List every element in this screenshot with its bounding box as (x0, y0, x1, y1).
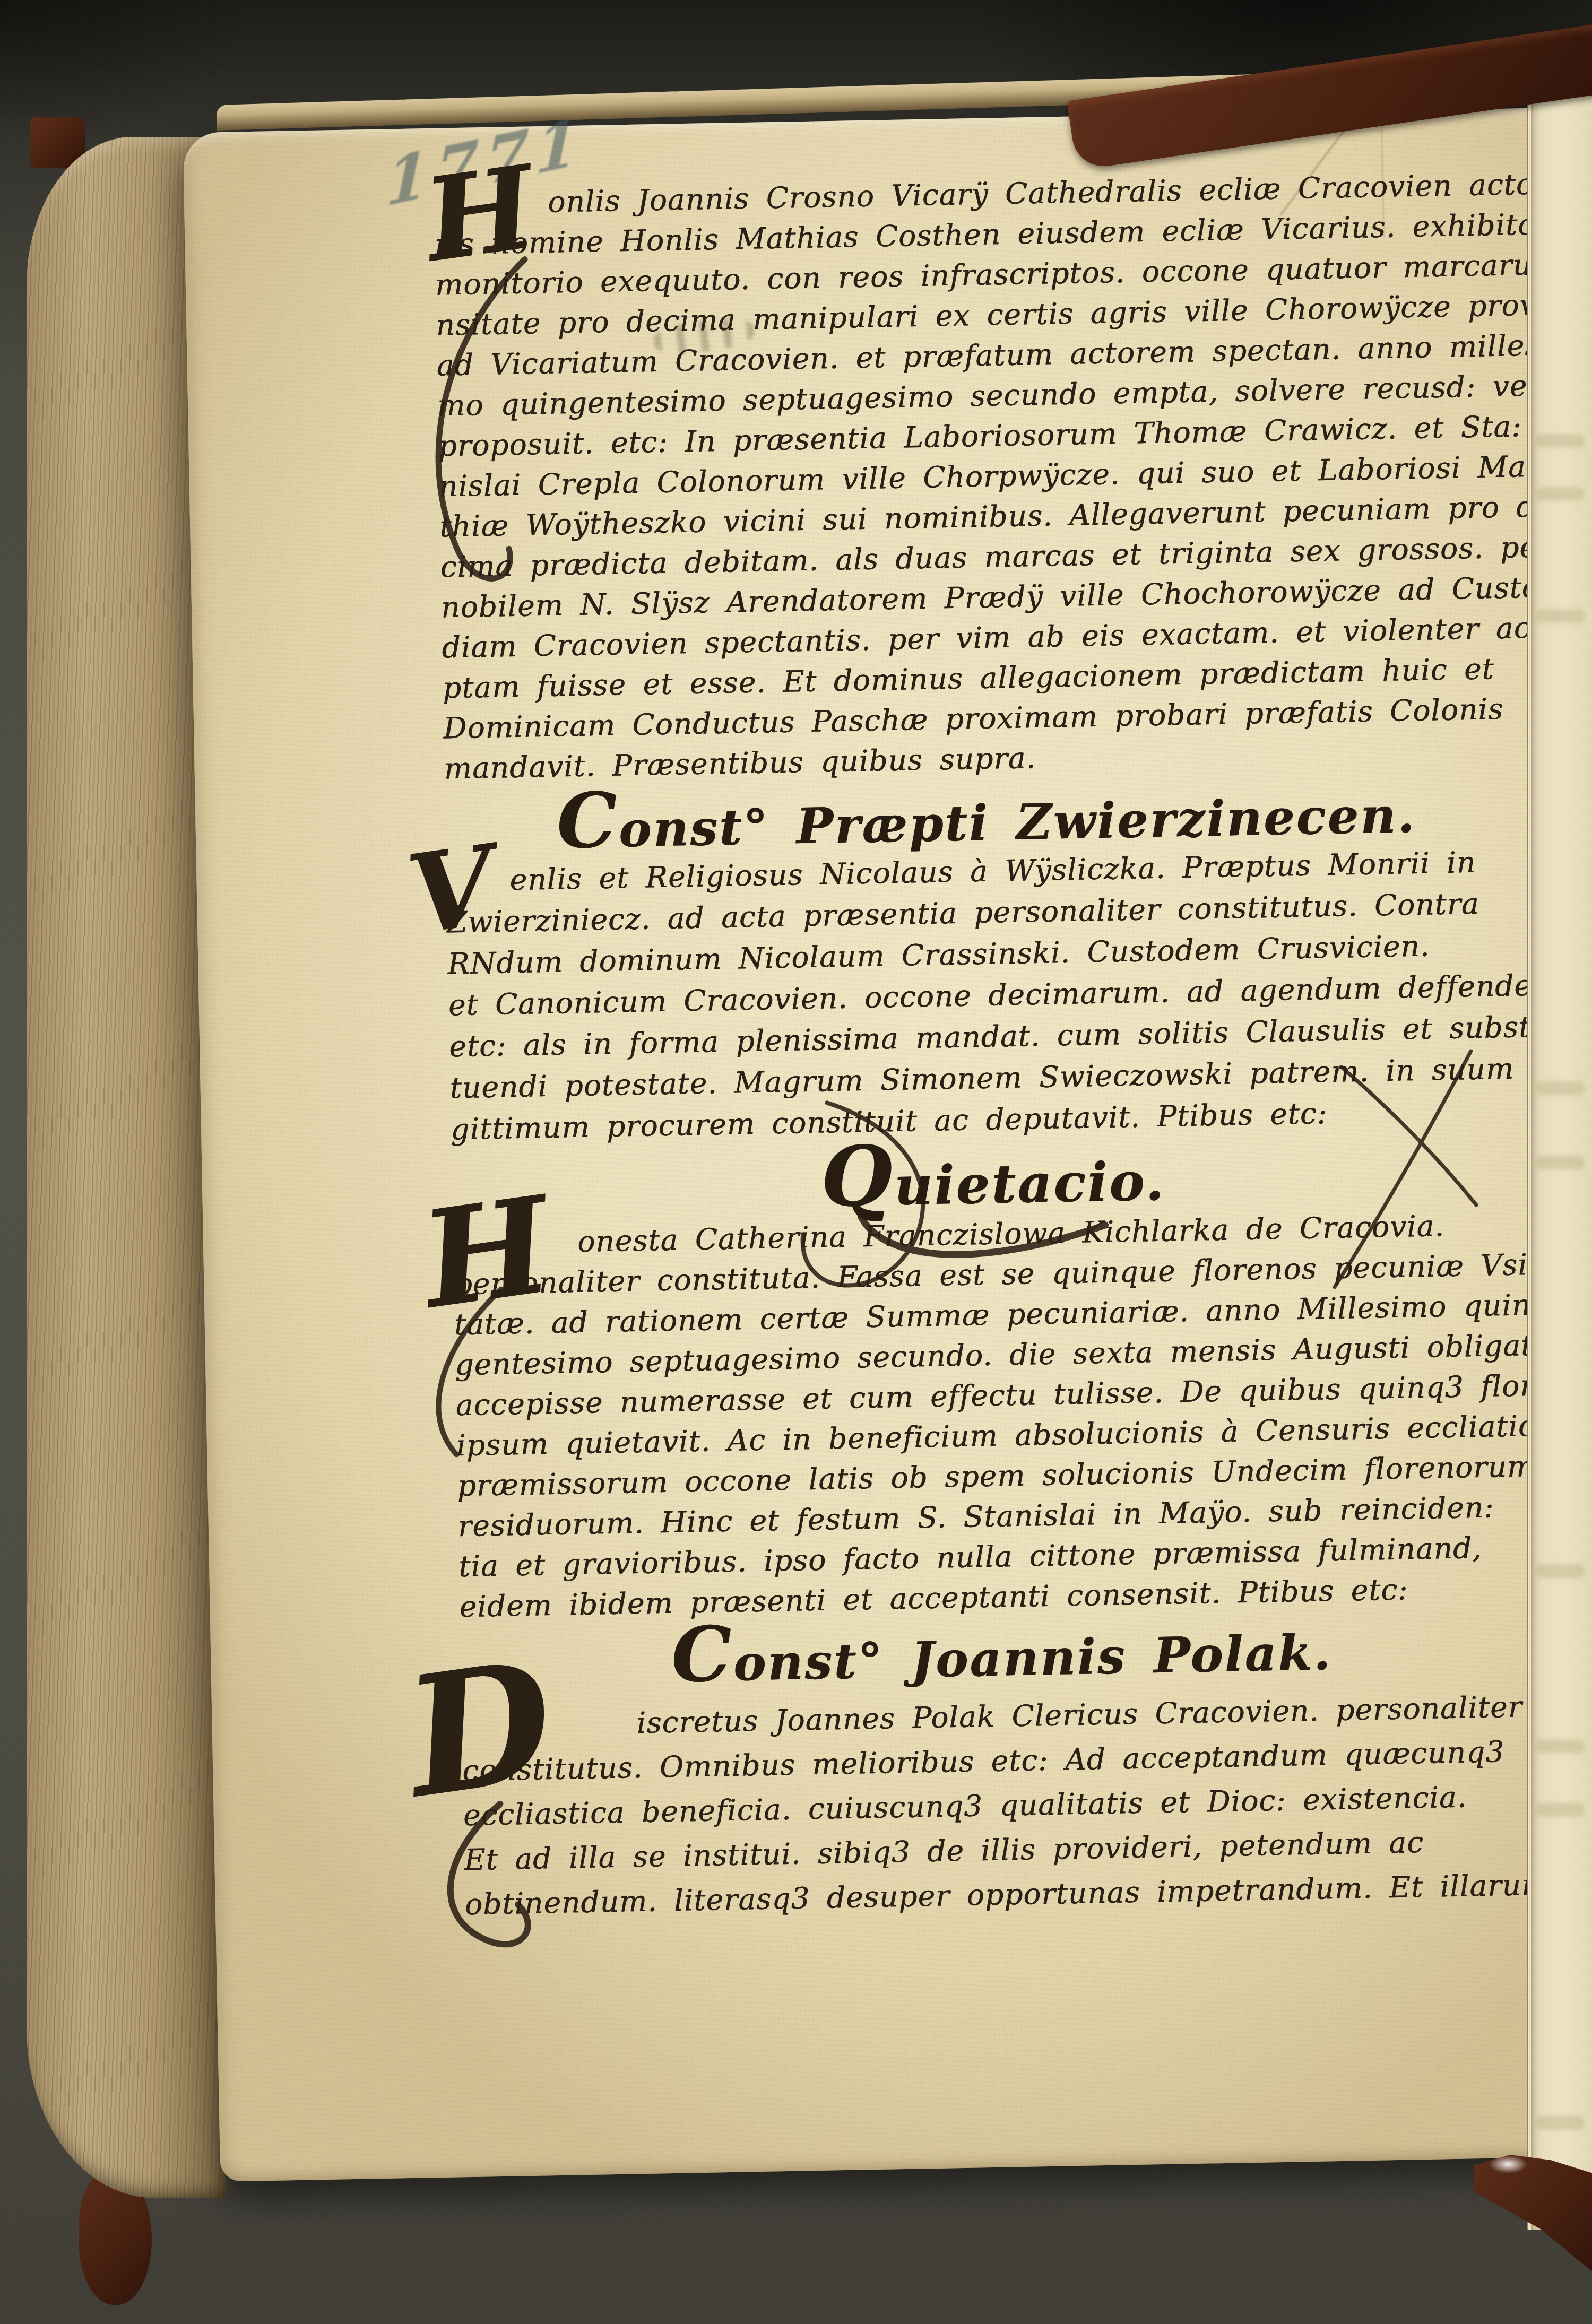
ghost-text (1536, 1803, 1585, 1817)
ghost-text (1536, 609, 1585, 623)
manuscript-text-block: H onlis Joannis Crosno Vicarÿ Cathedrali… (433, 164, 1547, 1945)
ghost-text (1536, 1156, 1585, 1169)
ghost-text (1536, 487, 1585, 501)
ghost-text (1536, 434, 1585, 448)
ghost-text (1536, 2116, 1585, 2130)
leather-glint-highlight (1489, 2155, 1527, 2173)
manuscript-entry-3: onesta Catherina Franczislowa Kichlarka … (452, 1204, 1542, 1627)
ghost-text (1536, 1081, 1585, 1095)
manuscript-entry-2: enlis et Religiosus Nicolaus à Wÿsliczka… (446, 840, 1534, 1150)
ghost-text (1536, 1739, 1585, 1753)
facing-page-strip (1527, 47, 1592, 2230)
manuscript-entry-4: iscretus Joannes Polak Clericus Cracovie… (461, 1684, 1547, 1927)
ghost-text (1536, 1564, 1585, 1578)
manuscript-page-verso: 1771 H onlis Joannis Crosno Vicarÿ Cathe… (183, 108, 1584, 2181)
manuscript-photo: 1771 H onlis Joannis Crosno Vicarÿ Cathe… (0, 0, 1592, 2324)
manuscript-entry-1: onlis Joannis Crosno Vicarÿ Cathedralis … (433, 164, 1527, 788)
